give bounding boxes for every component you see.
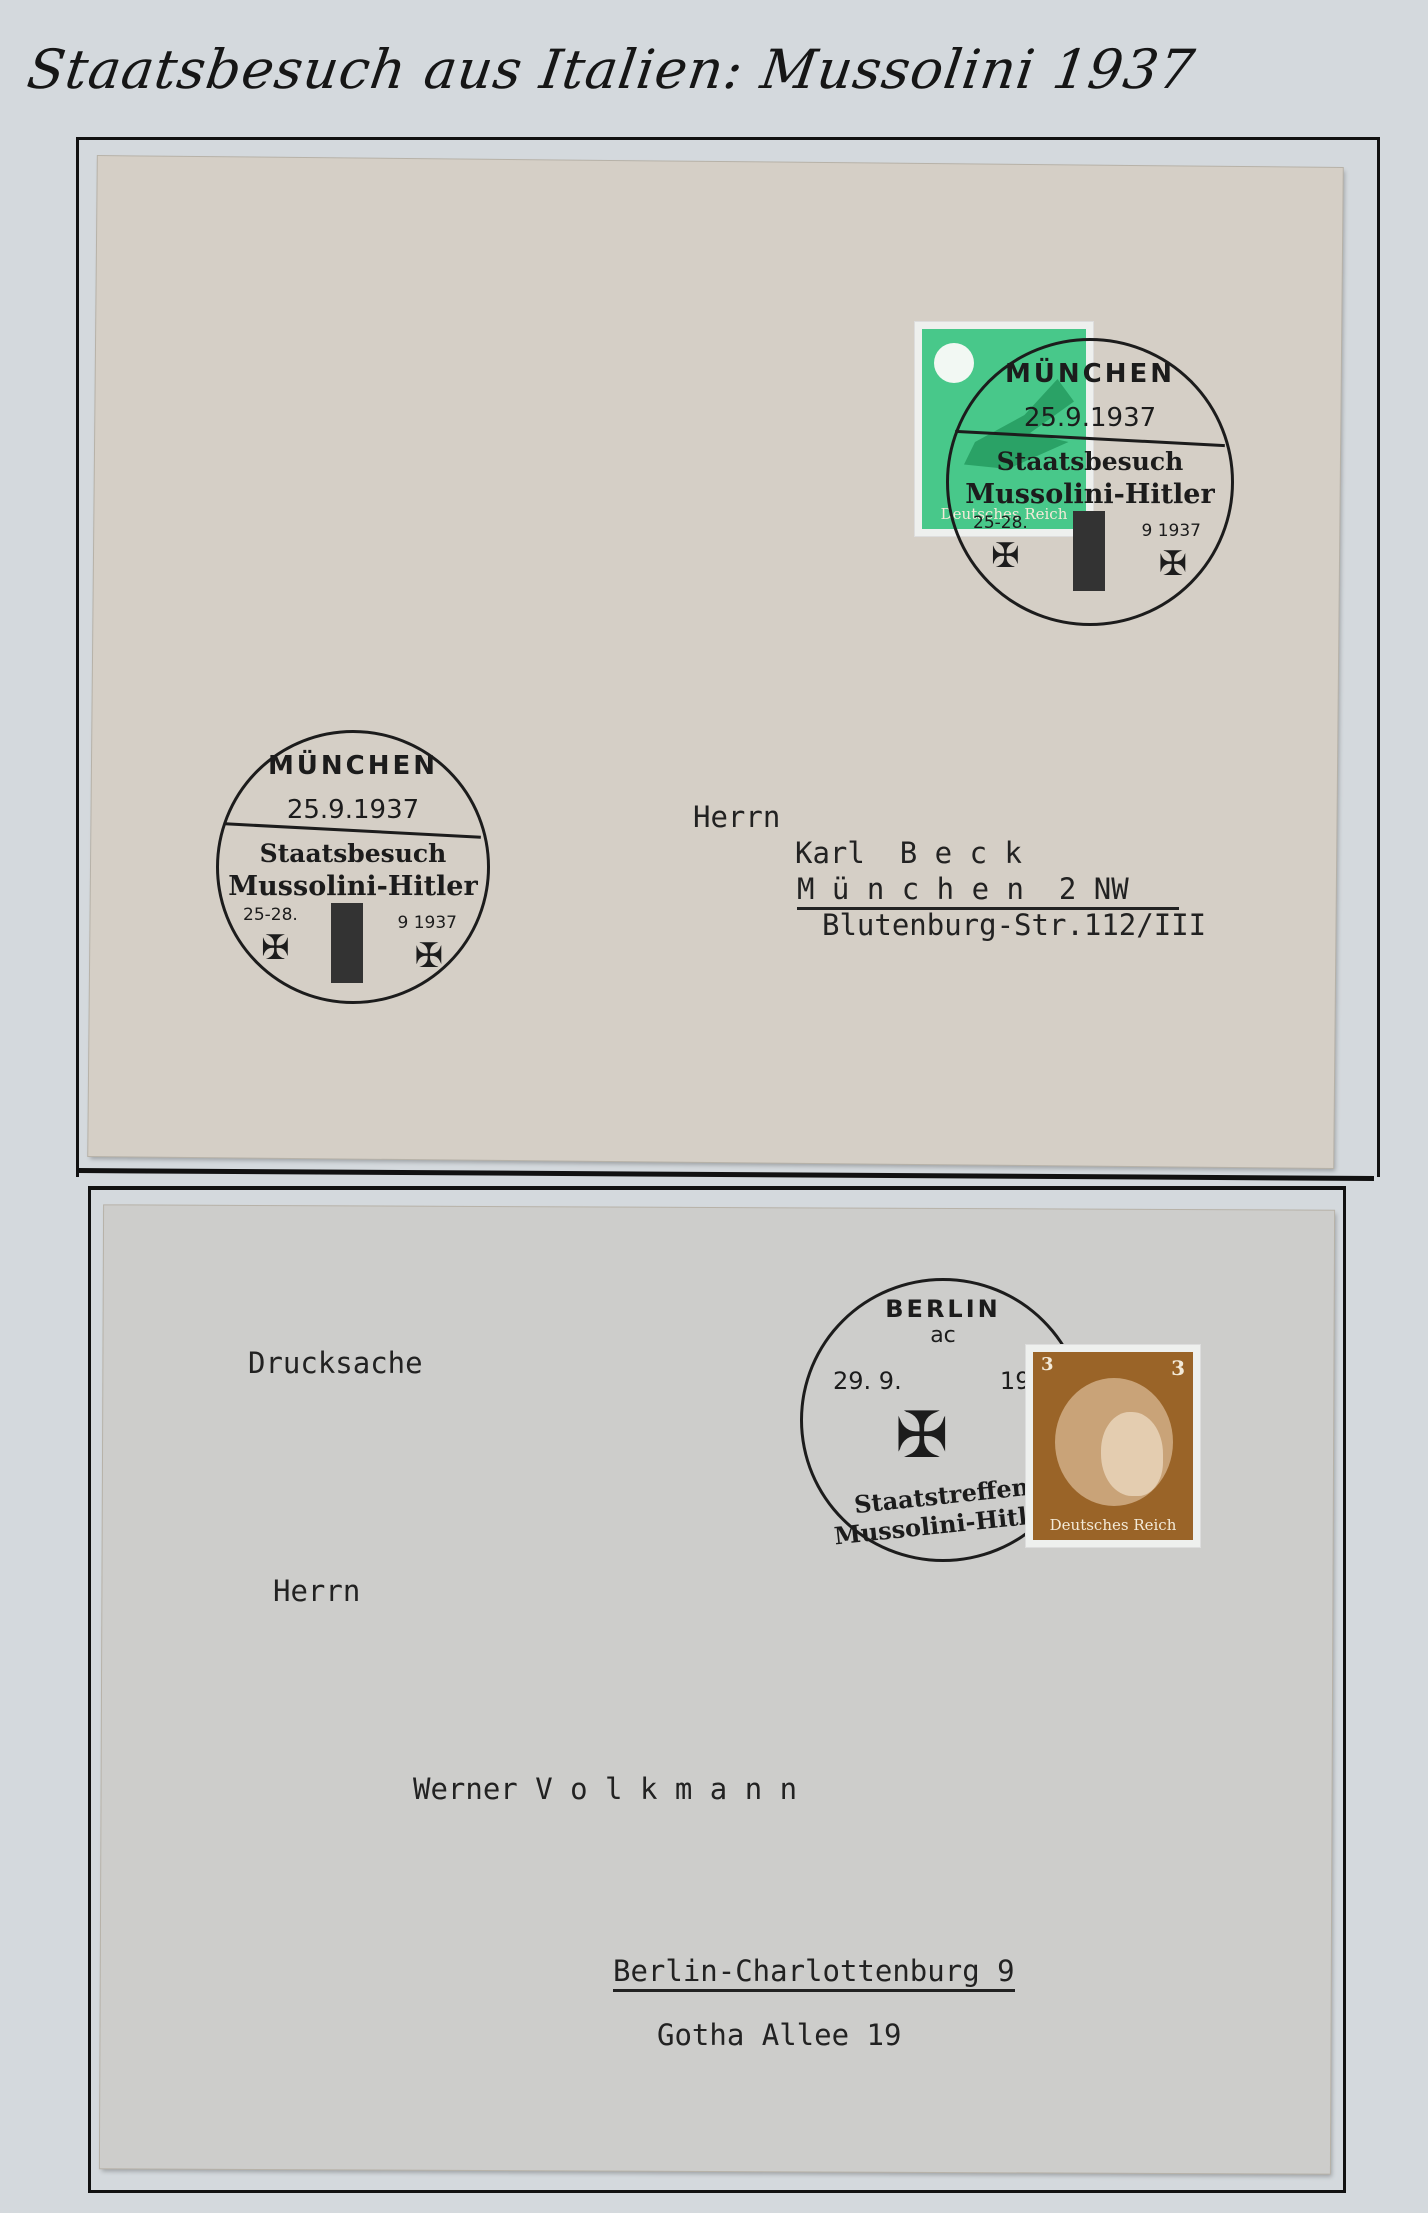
stamp-label: Deutsches Reich (1033, 1516, 1193, 1534)
postmark-munich-extra: MÜNCHEN 25.9.1937 Staatsbesuch Mussolini… (216, 730, 490, 1004)
fasces-icon (331, 903, 363, 983)
postmark-city: MÜNCHEN (949, 359, 1231, 389)
stamp-value-right: 3 (1171, 1356, 1185, 1380)
address-salutation: Herrn (273, 1574, 360, 1608)
portrait-head-icon (1101, 1412, 1163, 1496)
postmark-munich-main: MÜNCHEN 25.9.1937 Staatsbesuch Mussolini… (946, 338, 1234, 626)
postmark-line1: Staatsbesuch (949, 447, 1231, 476)
postmark-range-right: 9 1937 (398, 913, 457, 933)
postmark-range-left: 25-28. (973, 513, 1028, 533)
postmark-city: BERLIN (803, 1295, 1083, 1323)
postmark-range-left: 25-28. (243, 905, 298, 925)
cross-symbol-icon: ✠ (895, 1399, 949, 1473)
address-street: Blutenburg-Str.112/III (822, 908, 1206, 942)
cross-symbol-icon: ✠ (991, 539, 1020, 573)
address-city: Berlin-Charlottenburg 9 (613, 1954, 1015, 1992)
stamp-brown-hindenburg: 3 3 Deutsches Reich (1026, 1345, 1200, 1547)
postmark-date-left: 29. 9. (833, 1367, 902, 1395)
address-name: Karl B e c k (795, 836, 1022, 870)
cross-symbol-icon: ✠ (415, 939, 444, 973)
page-title: Staatsbesuch aus Italien: Mussolini 1937 (24, 38, 1428, 101)
portrait-medallion (1055, 1378, 1173, 1506)
stamp-value-left: 3 (1041, 1354, 1054, 1375)
address-city: M ü n c h e n 2 NW (797, 872, 1179, 910)
postmark-date: 25.9.1937 (219, 795, 487, 825)
postmark-range-right: 9 1937 (1142, 521, 1201, 541)
address-name: Werner V o l k m a n n (413, 1772, 797, 1806)
postmark-city: MÜNCHEN (219, 751, 487, 781)
stamp-design: 3 3 Deutsches Reich (1033, 1352, 1193, 1540)
envelope-munich (88, 156, 1343, 1168)
cross-symbol-icon: ✠ (1159, 547, 1188, 581)
address-street: Gotha Allee 19 (657, 2018, 901, 2052)
mail-class-label: Drucksache (248, 1346, 423, 1380)
postmark-line2: Mussolini-Hitler (219, 871, 487, 902)
fasces-icon (1073, 511, 1105, 591)
postmark-date: 25.9.1937 (949, 403, 1231, 433)
postmark-line2: Mussolini-Hitler (949, 479, 1231, 510)
cross-symbol-icon: ✠ (261, 931, 290, 965)
address-salutation: Herrn (693, 800, 780, 834)
postmark-line1: Staatsbesuch (219, 839, 487, 868)
